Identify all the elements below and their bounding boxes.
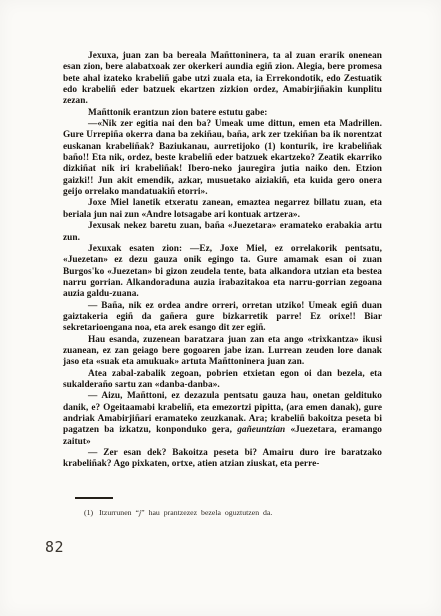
footnote-marker: (1) xyxy=(84,508,93,517)
paragraph: — Aizu, Mañttoni, ez dezazula pentsatu g… xyxy=(63,391,382,448)
body-text: Jexuxa, juan zan ba bereala Mañttoninera… xyxy=(63,51,382,471)
paragraph: —«Nik zer egitia nai den ba? Umeak ume d… xyxy=(63,119,382,198)
footnote-divider xyxy=(75,497,113,499)
italic-word: gañeuntzian xyxy=(237,425,285,435)
book-page: Jexuxa, juan zan ba bereala Mañttoninera… xyxy=(0,0,441,616)
paragraph: — Baña, nik ez ordea andre orreri, orret… xyxy=(63,301,382,335)
paragraph: Hau esanda, zuzenean baratzara juan zan … xyxy=(63,335,382,369)
footnote: (1)Itzurrunen “j” hau prantzezez bezela … xyxy=(63,508,382,517)
paragraph: — Zer esan dek? Bakoitza peseta bi? Amai… xyxy=(63,448,382,471)
paragraph: Jexuxa, juan zan ba bereala Mañttoninera… xyxy=(63,51,382,108)
paragraph: Joxe Miel lanetik etxeratu zanean, emazt… xyxy=(63,198,382,221)
footnote-text: ” hau prantzezez bezela oguztutzen da. xyxy=(141,508,272,517)
footnote-text: Itzurrunen “ xyxy=(99,508,139,517)
footnote-area: (1)Itzurrunen “j” hau prantzezez bezela … xyxy=(63,497,382,517)
page-number: 82 xyxy=(45,538,64,556)
paragraph: Mañttonik erantzun zion batere estutu ga… xyxy=(63,108,382,119)
paragraph: Jexuxak esaten zion: —Ez, Joxe Miel, ez … xyxy=(63,244,382,301)
paragraph: Atea zabal-zabalik zegoan, pobrien etxie… xyxy=(63,369,382,392)
paragraph: Jexusak nekez baretu zuan, baña «Juezeta… xyxy=(63,221,382,244)
